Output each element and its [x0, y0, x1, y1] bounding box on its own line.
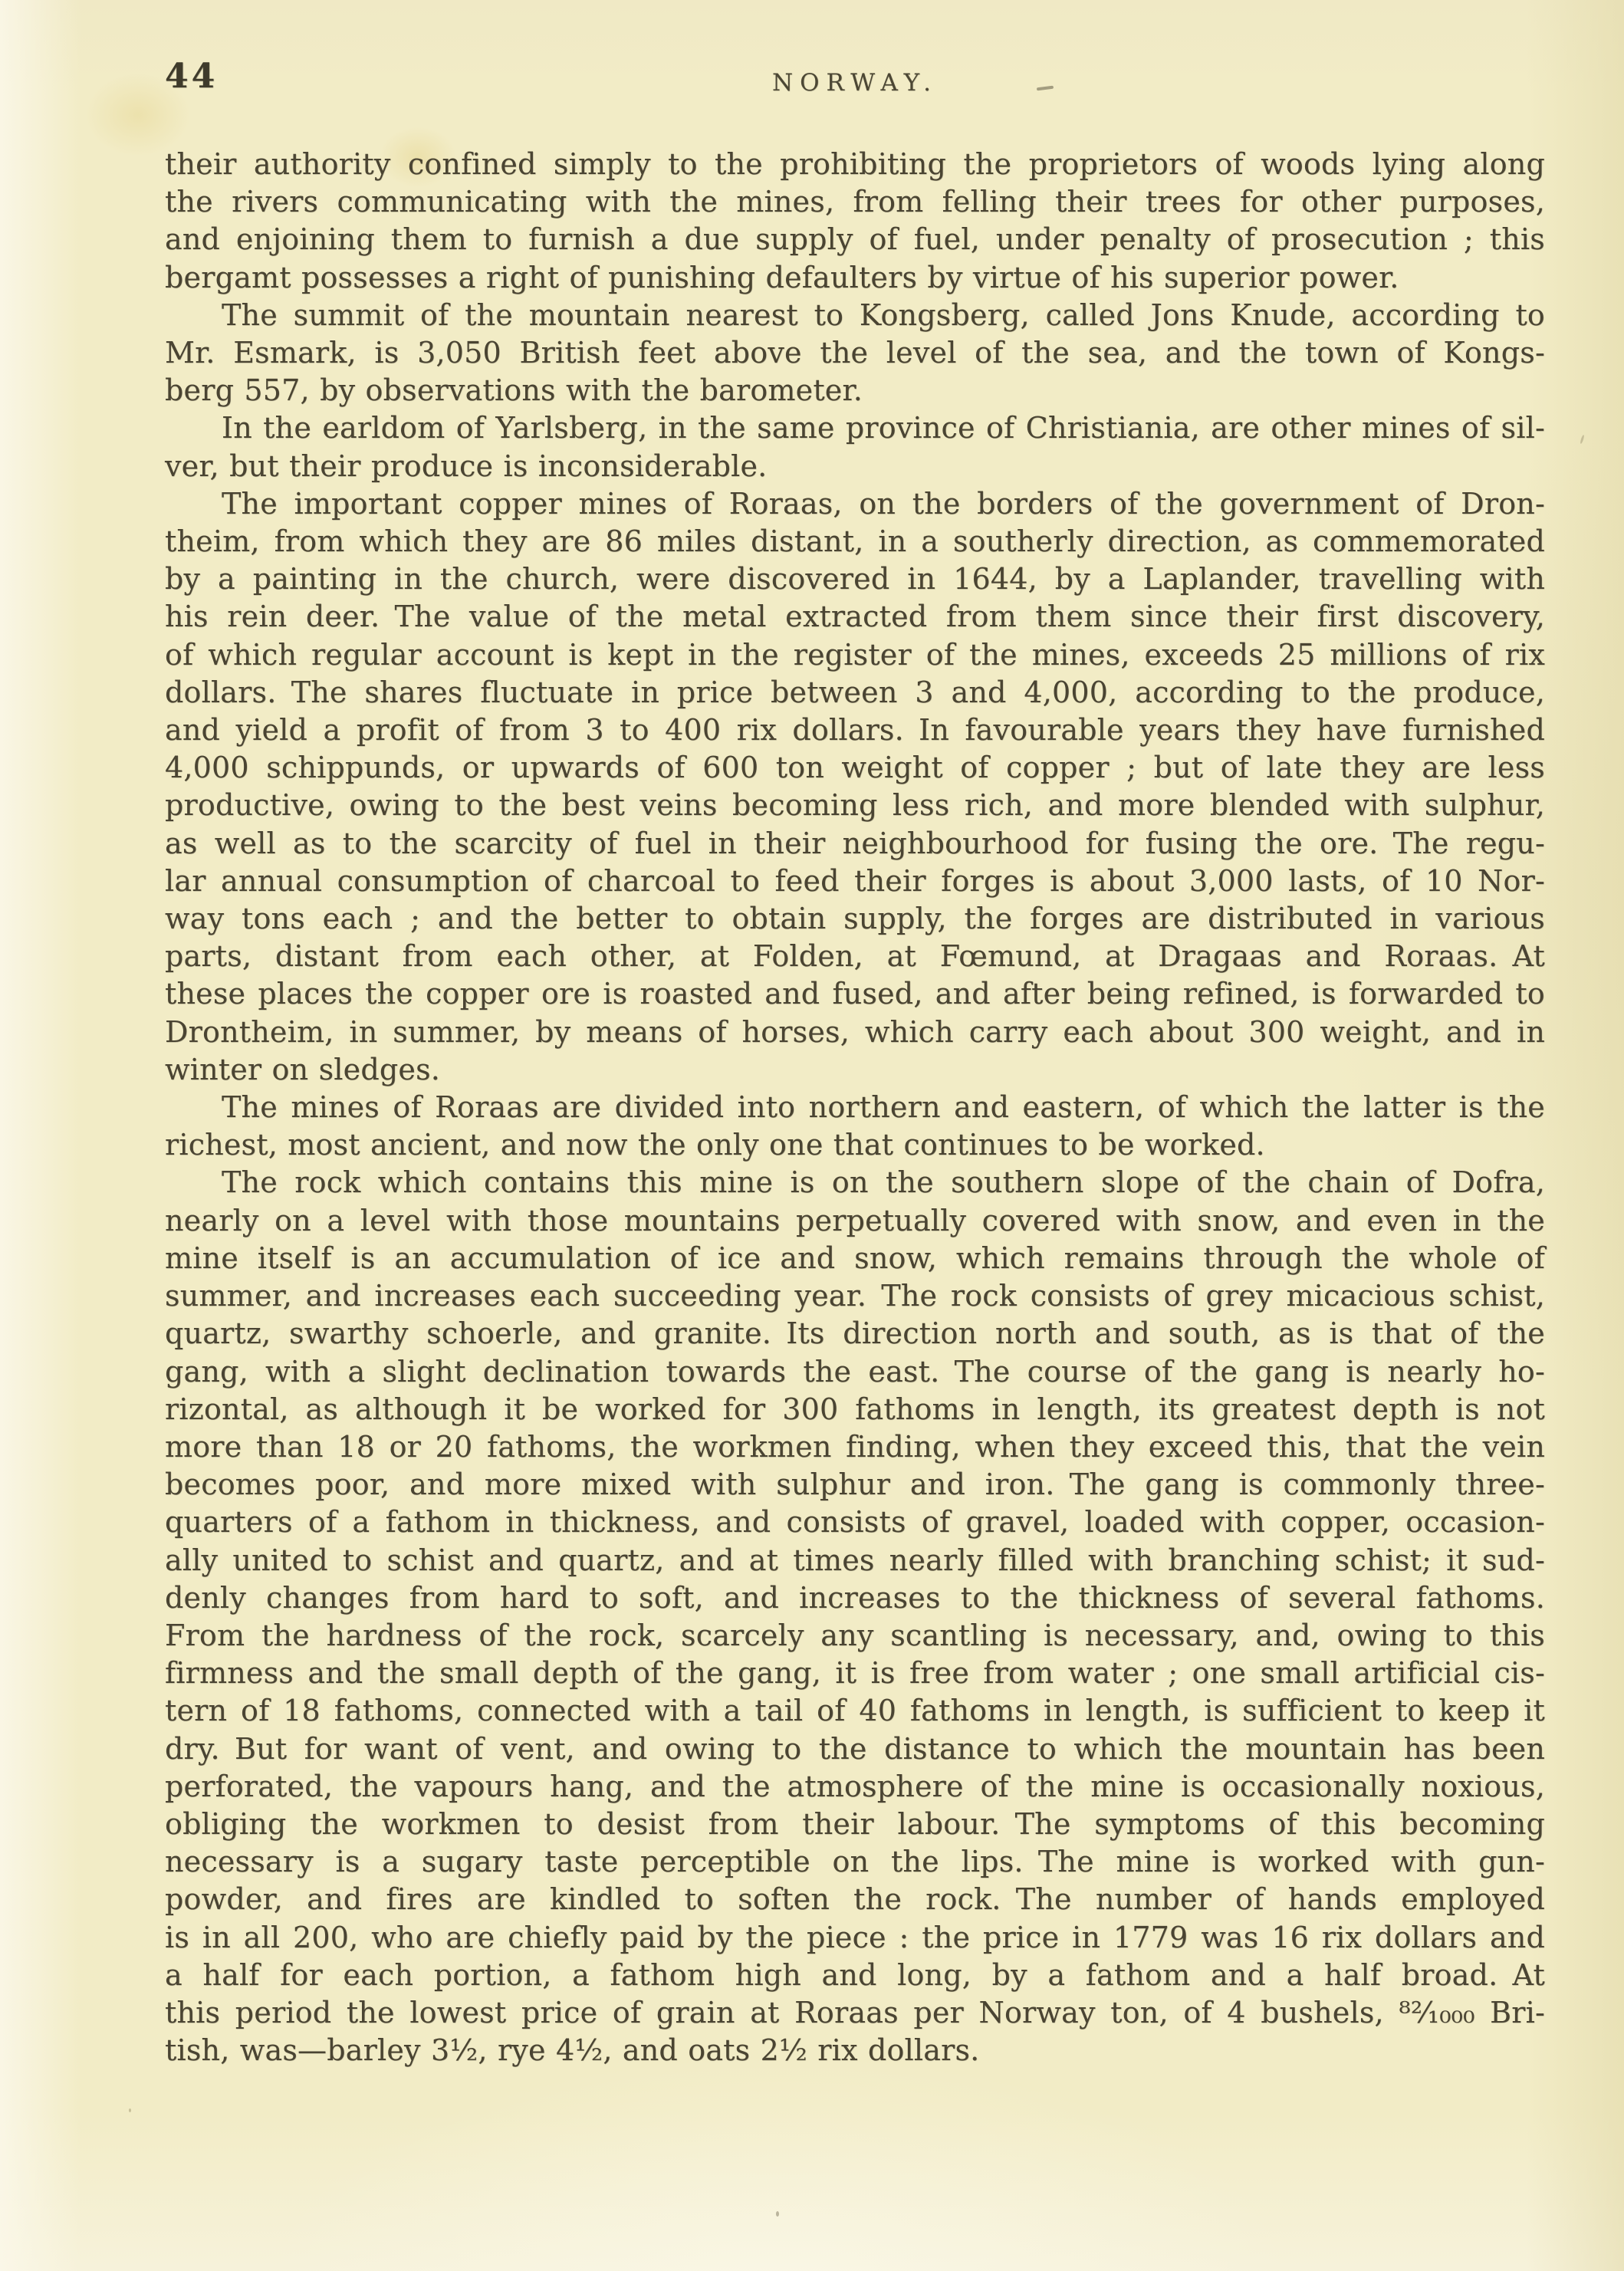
paragraph: their authority confined simply to the p…	[165, 146, 1545, 297]
text-line: Mr. Esmark, is 3,050 British feet above …	[165, 334, 1545, 372]
text-line: tish, was—barley 3½, rye 4½, and oats 2½…	[165, 2032, 1545, 2069]
text-line: denly changes from hard to soft, and inc…	[165, 1579, 1545, 1617]
text-line: by a painting in the church, were discov…	[165, 560, 1545, 598]
text-line: The important copper mines of Roraas, on…	[165, 485, 1545, 523]
text-line: more than 18 or 20 fathoms, the workmen …	[165, 1428, 1545, 1466]
text-line: mine itself is an accumulation of ice an…	[165, 1240, 1545, 1277]
text-line: theim, from which they are 86 miles dist…	[165, 523, 1545, 560]
text-line: of which regular account is kept in the …	[165, 636, 1545, 674]
text-line: way tons each ; and the better to obtain…	[165, 900, 1545, 938]
text-line: The mines of Roraas are divided into nor…	[165, 1089, 1545, 1126]
text-line: perforated, the vapours hang, and the at…	[165, 1768, 1545, 1806]
text-line: these places the copper ore is roasted a…	[165, 975, 1545, 1013]
text-line: 4,000 schippunds, or upwards of 600 ton …	[165, 749, 1545, 787]
paper-speck	[776, 2211, 779, 2217]
text-line: dollars. The shares fluctuate in price b…	[165, 674, 1545, 712]
text-line: his rein deer. The value of the metal ex…	[165, 598, 1545, 636]
paragraph: In the earldom of Yarlsberg, in the same…	[165, 409, 1545, 485]
text-line: necessary is a sugary taste perceptible …	[165, 1843, 1545, 1881]
text-line: gang, with a slight declination towards …	[165, 1353, 1545, 1391]
text-line: nearly on a level with those mountains p…	[165, 1202, 1545, 1240]
text-line: From the hardness of the rock, scarcely …	[165, 1617, 1545, 1655]
text-line: a half for each portion, a fathom high a…	[165, 1957, 1545, 1994]
paragraph: The mines of Roraas are divided into nor…	[165, 1089, 1545, 1164]
text-line: quarters of a fathom in thickness, and c…	[165, 1504, 1545, 1541]
paper-speck	[129, 2108, 131, 2112]
text-line: summer, and increases each succeeding ye…	[165, 1277, 1545, 1315]
text-block: their authority confined simply to the p…	[165, 146, 1545, 2069]
scanned-book-page: 44 NORWAY. their authority confined simp…	[0, 0, 1624, 2271]
text-line: rizontal, as although it be worked for 3…	[165, 1391, 1545, 1428]
paper-speck	[1020, 1146, 1022, 1149]
text-line: their authority confined simply to the p…	[165, 146, 1545, 183]
text-line: obliging the workmen to desist from thei…	[165, 1806, 1545, 1843]
text-line: firmness and the small depth of the gang…	[165, 1655, 1545, 1692]
paper-speck	[1580, 435, 1585, 444]
text-line: and yield a profit of from 3 to 400 rix …	[165, 712, 1545, 749]
text-line: richest, most ancient, and now the only …	[165, 1126, 1545, 1164]
text-line: as well as to the scarcity of fuel in th…	[165, 825, 1545, 863]
text-line: the rivers communicating with the mines,…	[165, 183, 1545, 221]
text-line: lar annual consumption of charcoal to fe…	[165, 863, 1545, 900]
text-line: quartz, swarthy schoerle, and granite. I…	[165, 1315, 1545, 1352]
paragraph: The important copper mines of Roraas, on…	[165, 485, 1545, 1089]
text-line: tern of 18 fathoms, connected with a tai…	[165, 1692, 1545, 1730]
paragraph: The rock which contains this mine is on …	[165, 1164, 1545, 2069]
text-line: In the earldom of Yarlsberg, in the same…	[165, 409, 1545, 447]
text-line: berg 557, by observations with the barom…	[165, 372, 1545, 409]
text-line: bergamt possesses a right of punishing d…	[165, 259, 1545, 297]
text-line: parts, distant from each other, at Folde…	[165, 938, 1545, 975]
paragraph: The summit of the mountain nearest to Ko…	[165, 297, 1545, 410]
text-line: becomes poor, and more mixed with sulphu…	[165, 1466, 1545, 1504]
text-line: ally united to schist and quartz, and at…	[165, 1542, 1545, 1579]
text-line: winter on sledges.	[165, 1051, 1545, 1089]
text-line: dry. But for want of vent, and owing to …	[165, 1730, 1545, 1768]
text-line: Drontheim, in summer, by means of horses…	[165, 1014, 1545, 1051]
text-line: and enjoining them to furnish a due supp…	[165, 221, 1545, 258]
text-line: The summit of the mountain nearest to Ko…	[165, 297, 1545, 334]
text-line: is in all 200, who are chiefly paid by t…	[165, 1919, 1545, 1957]
text-line: this period the lowest price of grain at…	[165, 1994, 1545, 2032]
text-line: The rock which contains this mine is on …	[165, 1164, 1545, 1201]
running-head: NORWAY.	[165, 71, 1545, 95]
text-line: ver, but their produce is inconsiderable…	[165, 448, 1545, 485]
text-line: powder, and fires are kindled to soften …	[165, 1881, 1545, 1918]
text-line: productive, owing to the best veins beco…	[165, 787, 1545, 824]
